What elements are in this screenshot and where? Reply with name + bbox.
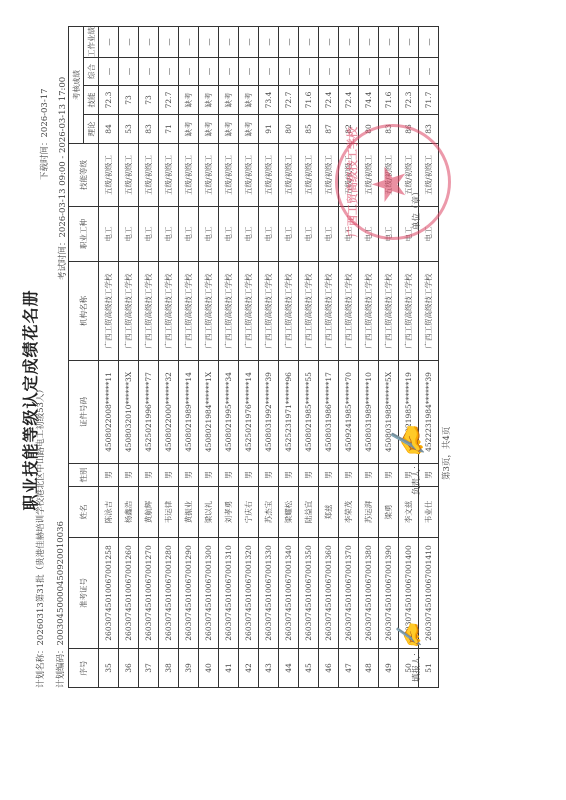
cell-org: 广西工贸高级技工学校 <box>359 262 379 361</box>
cell-work: — <box>259 27 279 58</box>
cell-skill: 缺考 <box>179 86 199 115</box>
cell-skill: 71.7 <box>419 86 439 115</box>
cell-org: 广西工贸高级技工学校 <box>419 262 439 361</box>
cell-id: 4525021976******14 <box>239 361 259 464</box>
cell-sex: 男 <box>99 464 119 487</box>
cell-theory: 缺考 <box>219 115 239 144</box>
cell-org: 广西工贸高级技工学校 <box>119 262 139 361</box>
cell-org: 广西工贸高级技工学校 <box>179 262 199 361</box>
cell-skill: 71.6 <box>299 86 319 115</box>
cell-overall: — <box>319 58 339 86</box>
cell-org: 广西工贸高级技工学校 <box>139 262 159 361</box>
cell-theory: 83 <box>139 115 159 144</box>
cell-org: 广西工贸高级技工学校 <box>159 262 179 361</box>
cell-theory: 84 <box>99 115 119 144</box>
cell-seq: 49 <box>379 649 399 688</box>
cell-sex: 男 <box>159 464 179 487</box>
cell-overall: — <box>299 58 319 86</box>
table-row: 4426030745010067001340梁耀松男4525231971****… <box>279 27 299 688</box>
owner-label: 负责人： <box>410 461 422 495</box>
header-id: 证件号码 <box>69 361 99 464</box>
cell-id: 4508021995******34 <box>219 361 239 464</box>
page-info: 第3页，共4页 <box>440 427 452 480</box>
cell-skill: 缺考 <box>219 86 239 115</box>
cell-work: — <box>279 27 299 58</box>
table-row: 5126030745010067001410韦业仕男4522231984****… <box>419 27 439 688</box>
table-row: 4526030745010067001350陆益宜男4508021985****… <box>299 27 319 688</box>
cell-ticket: 26030745010067001258 <box>99 538 119 649</box>
cell-job: 电工 <box>319 207 339 262</box>
cell-overall: — <box>339 58 359 86</box>
cell-sex: 男 <box>139 464 159 487</box>
star-icon: ★ <box>366 164 412 205</box>
cell-org: 广西工贸高级技工学校 <box>299 262 319 361</box>
header-name: 姓名 <box>69 487 99 538</box>
cell-work: — <box>159 27 179 58</box>
cell-org: 广西工贸高级技工学校 <box>279 262 299 361</box>
cell-work: — <box>359 27 379 58</box>
cell-sex: 男 <box>199 464 219 487</box>
cell-theory: 缺考 <box>179 115 199 144</box>
cell-seq: 46 <box>319 649 339 688</box>
cell-sex: 男 <box>319 464 339 487</box>
plan-code: 计划编码：20030450000450920010036 <box>56 521 66 688</box>
cell-work: — <box>239 27 259 58</box>
cell-job: 电工 <box>279 207 299 262</box>
cell-sex: 男 <box>259 464 279 487</box>
cell-id: 4508031986******17 <box>319 361 339 464</box>
cell-job: 电工 <box>299 207 319 262</box>
cell-overall: — <box>159 58 179 86</box>
cell-org: 广西工贸高级技工学校 <box>239 262 259 361</box>
cell-overall: — <box>239 58 259 86</box>
cell-name: 宁庆右 <box>239 487 259 538</box>
cell-sex: 男 <box>239 464 259 487</box>
cell-name: 陈泳吉 <box>99 487 119 538</box>
cell-seq: 41 <box>219 649 239 688</box>
cell-job: 电工 <box>159 207 179 262</box>
cell-overall: — <box>259 58 279 86</box>
cell-id: 4508032010******3X <box>119 361 139 464</box>
table-row: 3526030745010067001258陈泳吉男4508022008****… <box>99 27 119 688</box>
cell-id: 4508021984******1X <box>199 361 219 464</box>
official-seal-stamp: 广西工贸高级技工学校 ★ <box>335 124 451 240</box>
cell-overall: — <box>419 58 439 86</box>
cell-theory: 53 <box>119 115 139 144</box>
header-work: 工作业绩 <box>84 27 99 58</box>
cell-job: 电工 <box>139 207 159 262</box>
cell-overall: — <box>279 58 299 86</box>
cell-theory: 87 <box>319 115 339 144</box>
cell-name: 黄振业 <box>179 487 199 538</box>
cell-id: 4508031989******10 <box>359 361 379 464</box>
cell-name: 韦运律 <box>159 487 179 538</box>
cell-overall: — <box>219 58 239 86</box>
cell-name: 李荣茂 <box>339 487 359 538</box>
cell-ticket: 26030745010067001380 <box>359 538 379 649</box>
header-level: 技能等级 <box>69 144 99 207</box>
cell-id: 4509241985******70 <box>339 361 359 464</box>
cell-skill: 72.3 <box>399 86 419 115</box>
cell-ticket: 26030745010067001390 <box>379 538 399 649</box>
cell-skill: 72.4 <box>339 86 359 115</box>
cell-level: 五级/初级工 <box>119 144 139 207</box>
cell-sex: 男 <box>379 464 399 487</box>
cell-level: 五级/初级工 <box>99 144 119 207</box>
cell-ticket: 26030745010067001270 <box>139 538 159 649</box>
cell-name: 杨鑫浩 <box>119 487 139 538</box>
filler-label: 填报人： <box>410 648 422 682</box>
cell-job: 电工 <box>179 207 199 262</box>
cell-overall: — <box>379 58 399 86</box>
download-time: 下载时间：2026-03-17 <box>40 88 50 180</box>
cell-level: 五级/初级工 <box>139 144 159 207</box>
cell-work: — <box>139 27 159 58</box>
exam-time: 考试时间：2026-03-13 09:00 - 2026-03-13 17:00 <box>58 77 68 280</box>
cell-overall: — <box>399 58 419 86</box>
cell-skill: 缺考 <box>199 86 219 115</box>
cell-id: 4508022008******11 <box>99 361 119 464</box>
cell-name: 黄航辉 <box>139 487 159 538</box>
seal-text: 广西工贸高级技工学校 <box>344 127 360 237</box>
cell-overall: — <box>199 58 219 86</box>
cell-ticket: 26030745010067001300 <box>199 538 219 649</box>
cell-overall: — <box>359 58 379 86</box>
cell-work: — <box>379 27 399 58</box>
table-row: 4326030745010067001330苏杰宝男4508031992****… <box>259 27 279 688</box>
cell-org: 广西工贸高级技工学校 <box>99 262 119 361</box>
cell-work: — <box>179 27 199 58</box>
cell-id: 4525231971******96 <box>279 361 299 464</box>
cell-sex: 男 <box>279 464 299 487</box>
cell-ticket: 26030745010067001320 <box>239 538 259 649</box>
cell-job: 电工 <box>119 207 139 262</box>
header-skill: 技能 <box>84 86 99 115</box>
cell-id: 4508022000******32 <box>159 361 179 464</box>
cell-job: 电工 <box>199 207 219 262</box>
cell-skill: 72.7 <box>279 86 299 115</box>
cell-ticket: 26030745010067001330 <box>259 538 279 649</box>
cell-ticket: 26030745010067001260 <box>119 538 139 649</box>
cell-theory: 80 <box>279 115 299 144</box>
cell-level: 五级/初级工 <box>239 144 259 207</box>
cell-seq: 42 <box>239 649 259 688</box>
cell-sex: 男 <box>339 464 359 487</box>
header-job: 职业工种 <box>69 207 99 262</box>
cell-skill: 缺考 <box>239 86 259 115</box>
cell-name: 梁勇 <box>379 487 399 538</box>
cell-theory: 85 <box>299 115 319 144</box>
cell-seq: 39 <box>179 649 199 688</box>
table-row: 3826030745010067001280韦运律男4508022000****… <box>159 27 179 688</box>
cell-theory: 缺考 <box>199 115 219 144</box>
cell-skill: 72.4 <box>319 86 339 115</box>
roster-page: 职业技能等级认定成绩花名册 下载时间：2026-03-17 计划名称：20260… <box>0 0 566 800</box>
cell-name: 陆益宜 <box>299 487 319 538</box>
table-row: 4026030745010067001300梁以礼男4508021984****… <box>199 27 219 688</box>
cell-org: 广西工贸高级技工学校 <box>319 262 339 361</box>
cell-org: 广西工贸高级技工学校 <box>199 262 219 361</box>
cell-job: 电工 <box>99 207 119 262</box>
cell-overall: — <box>139 58 159 86</box>
cell-theory: 91 <box>259 115 279 144</box>
cell-level: 五级/初级工 <box>219 144 239 207</box>
cell-seq: 40 <box>199 649 219 688</box>
table-row: 4126030745010067001310刘孝勇男4508021995****… <box>219 27 239 688</box>
cell-work: — <box>419 27 439 58</box>
cell-level: 五级/初级工 <box>179 144 199 207</box>
cell-org: 广西工贸高级技工学校 <box>339 262 359 361</box>
cell-skill: 72.7 <box>159 86 179 115</box>
cell-seq: 48 <box>359 649 379 688</box>
cell-level: 五级/初级工 <box>259 144 279 207</box>
cell-name: 郑兹 <box>319 487 339 538</box>
cell-ticket: 26030745010067001310 <box>219 538 239 649</box>
cell-id: 4525021996******77 <box>139 361 159 464</box>
table-row: 3726030745010067001270黄航辉男4525021996****… <box>139 27 159 688</box>
cell-theory: 71 <box>159 115 179 144</box>
cell-sex: 男 <box>359 464 379 487</box>
cell-ticket: 26030745010067001350 <box>299 538 319 649</box>
table-row: 3626030745010067001260杨鑫浩男4508032010****… <box>119 27 139 688</box>
cell-skill: 73.4 <box>259 86 279 115</box>
cell-name: 苏运湃 <box>359 487 379 538</box>
cell-name: 刘孝勇 <box>219 487 239 538</box>
cell-org: 广西工贸高级技工学校 <box>259 262 279 361</box>
cell-overall: — <box>119 58 139 86</box>
cell-org: 广西工贸高级技工学校 <box>399 262 419 361</box>
cell-ticket: 26030745010067001280 <box>159 538 179 649</box>
cell-sex: 男 <box>179 464 199 487</box>
cell-work: — <box>319 27 339 58</box>
plan-name: 计划名称：20260313第31批（贵港佳赫培训学校港北区中山路电工初级53人） <box>36 268 46 688</box>
cell-level: 五级/初级工 <box>279 144 299 207</box>
header-seq: 序号 <box>69 649 99 688</box>
cell-name: 梁以礼 <box>199 487 219 538</box>
cell-seq: 43 <box>259 649 279 688</box>
cell-id: 4508031992******39 <box>259 361 279 464</box>
cell-job: 电工 <box>259 207 279 262</box>
cell-sex: 男 <box>119 464 139 487</box>
cell-work: — <box>199 27 219 58</box>
cell-seq: 47 <box>339 649 359 688</box>
header-ticket: 准考证号 <box>69 538 99 649</box>
cell-level: 五级/初级工 <box>159 144 179 207</box>
table-row: 4726030745010067001370李荣茂男4509241985****… <box>339 27 359 688</box>
cell-overall: — <box>179 58 199 86</box>
cell-seq: 38 <box>159 649 179 688</box>
cell-work: — <box>399 27 419 58</box>
cell-skill: 73 <box>119 86 139 115</box>
cell-seq: 45 <box>299 649 319 688</box>
cell-level: 五级/初级工 <box>199 144 219 207</box>
cell-ticket: 26030745010067001360 <box>319 538 339 649</box>
cell-work: — <box>339 27 359 58</box>
cell-org: 广西工贸高级技工学校 <box>379 262 399 361</box>
filler-signature: ✍ <box>396 621 425 652</box>
cell-job: 电工 <box>239 207 259 262</box>
cell-theory: 缺考 <box>239 115 259 144</box>
cell-ticket: 26030745010067001370 <box>339 538 359 649</box>
cell-job: 电工 <box>219 207 239 262</box>
cell-name: 梁耀松 <box>279 487 299 538</box>
cell-id: 4508021989******14 <box>179 361 199 464</box>
header-sex: 性别 <box>69 464 99 487</box>
table-row: 3926030745010067001290黄振业男4508021989****… <box>179 27 199 688</box>
cell-seq: 35 <box>99 649 119 688</box>
table-row: 4626030745010067001360郑兹男4508031986*****… <box>319 27 339 688</box>
table-row: 4226030745010067001320宁庆右男4525021976****… <box>239 27 259 688</box>
cell-skill: 72.3 <box>99 86 119 115</box>
cell-ticket: 26030745010067001290 <box>179 538 199 649</box>
cell-seq: 36 <box>119 649 139 688</box>
cell-ticket: 26030745010067001340 <box>279 538 299 649</box>
header-overall: 综合 <box>84 58 99 86</box>
cell-name: 苏杰宝 <box>259 487 279 538</box>
header-org: 机构名称 <box>69 262 99 361</box>
cell-work: — <box>219 27 239 58</box>
cell-work: — <box>99 27 119 58</box>
cell-id: 4508021985******55 <box>299 361 319 464</box>
cell-skill: 71.6 <box>379 86 399 115</box>
cell-seq: 44 <box>279 649 299 688</box>
cell-sex: 男 <box>219 464 239 487</box>
cell-skill: 74.4 <box>359 86 379 115</box>
cell-level: 五级/初级工 <box>299 144 319 207</box>
cell-org: 广西工贸高级技工学校 <box>219 262 239 361</box>
cell-seq: 37 <box>139 649 159 688</box>
header-theory: 理论 <box>84 115 99 144</box>
cell-sex: 男 <box>299 464 319 487</box>
cell-overall: — <box>99 58 119 86</box>
cell-work: — <box>299 27 319 58</box>
cell-work: — <box>119 27 139 58</box>
header-scores-group: 考核成绩 <box>69 27 84 144</box>
cell-skill: 73 <box>139 86 159 115</box>
